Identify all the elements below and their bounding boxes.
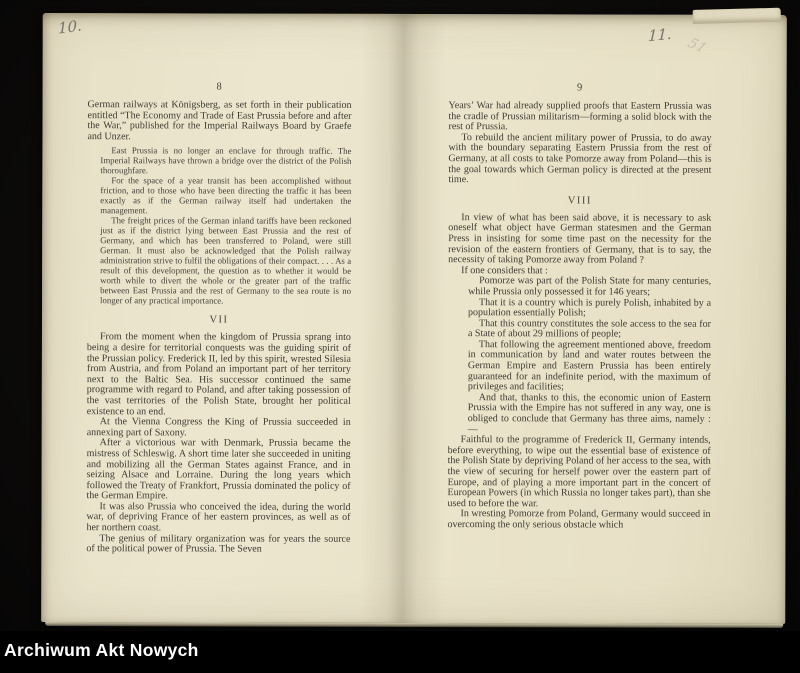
section-heading: VIII [448,195,711,207]
paragraph: After a victorious war with Denmark, Pru… [87,438,351,502]
page-number-left: 8 [88,81,352,93]
quote-paragraph: For the space of a year transit has been… [100,176,351,217]
list-item: That this country constitutes the sole a… [468,319,711,341]
paragraph: In wresting Pomorze from Poland, Germany… [447,509,710,531]
paragraph: It was also Prussia who conceived the id… [86,502,350,534]
right-page: 9 Years’ War had already supplied proofs… [447,82,711,531]
handwritten-folio-left: 10. [58,16,82,37]
left-page: 8 German railways at Königsberg, as set … [86,81,351,556]
blockquote: East Prussia is no longer an enclave for… [100,146,351,307]
archival-scan-photo: 8 German railways at Königsberg, as set … [0,0,800,673]
paragraph: From the moment when the kingdom of Prus… [87,333,351,418]
archive-caption-bar: Archiwum Akt Nowych [0,631,800,673]
paragraph: Years’ War had already supplied proofs t… [448,101,711,133]
list-item: And that, thanks to this, the economic u… [468,393,711,436]
page-number-right: 9 [449,82,712,94]
archive-watermark: Archiwum Akt Nowych [4,640,199,661]
paragraph: The genius of military organization was … [86,534,350,556]
handwritten-folio-right: 11. [648,25,672,46]
paragraph: Faithful to the programme of Frederick I… [448,435,711,510]
list-item: Pomorze was part of the Polish State for… [468,276,711,298]
open-book: 8 German railways at Königsberg, as set … [41,13,787,624]
considerations-list: Pomorze was part of the Polish State for… [448,276,711,436]
paragraph: To rebuild the ancient military power of… [448,133,711,187]
list-item: That following the agreement mentioned a… [468,340,711,394]
quote-paragraph: The freight prices of the German inland … [100,216,351,307]
list-item: That it is a country which is purely Pol… [468,298,711,320]
paragraph: In view of what has been said above, it … [448,213,711,267]
section-heading: VII [87,315,351,327]
underlying-page-corner [693,8,781,24]
photo-background: 8 German railways at Königsberg, as set … [0,0,800,631]
paragraph: German railways at Königsberg, as set fo… [87,100,351,143]
quote-paragraph: East Prussia is no longer an enclave for… [100,146,351,177]
book-gutter [359,14,447,623]
paragraph: At the Vienna Congress the King of Pruss… [87,417,351,439]
